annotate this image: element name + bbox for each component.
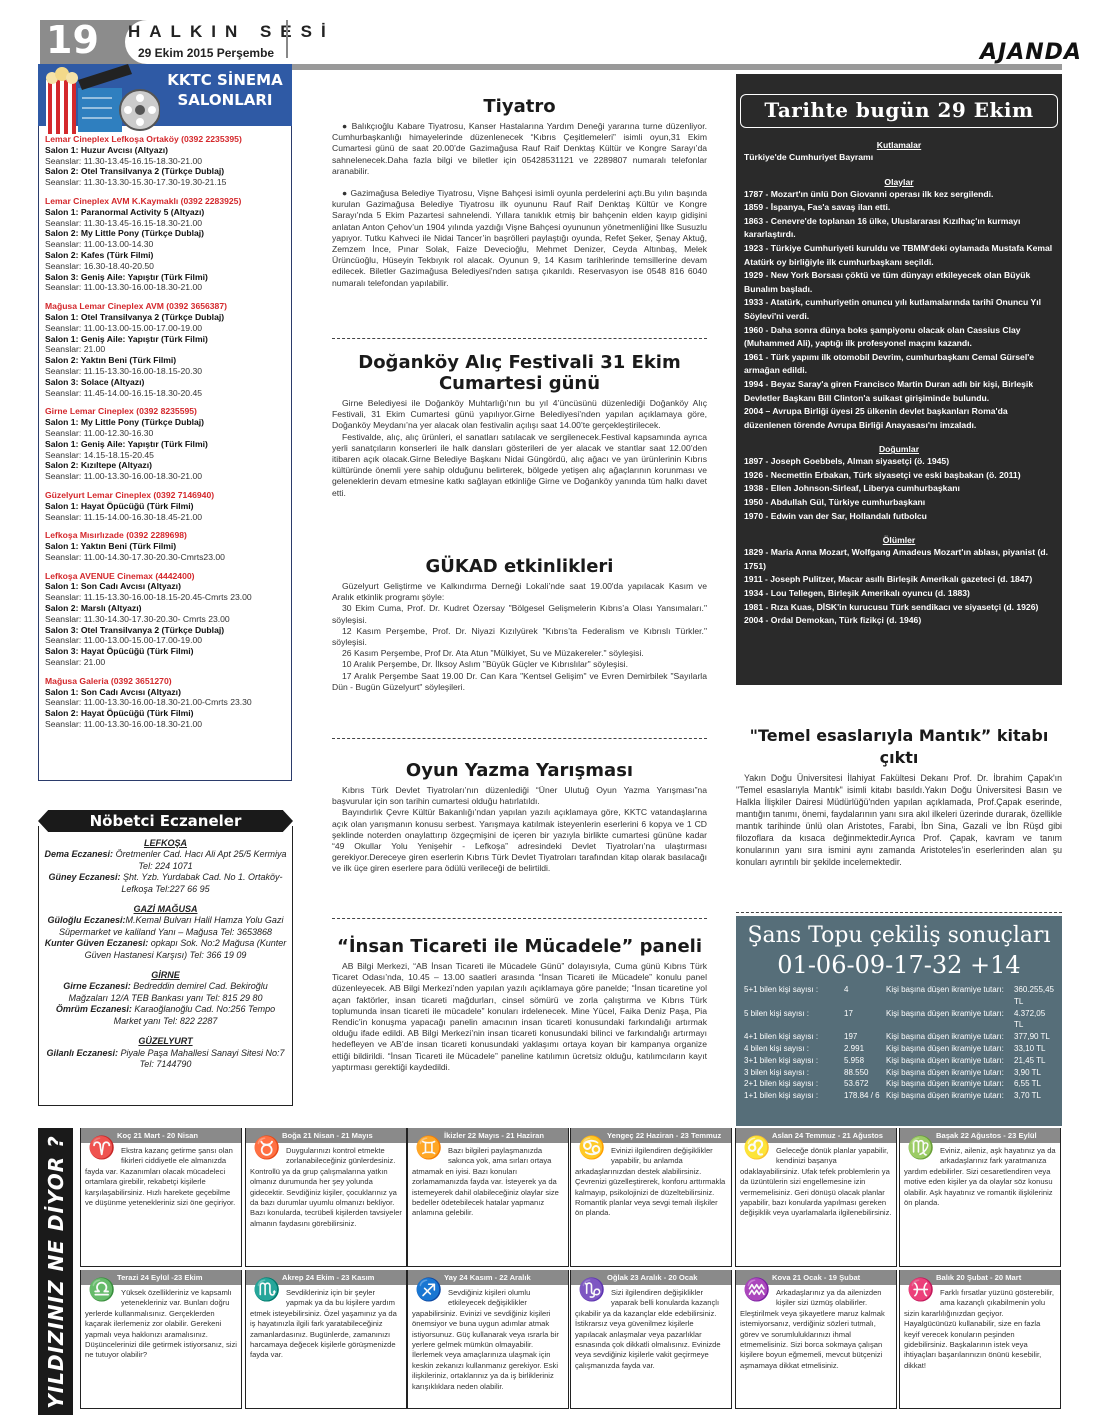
article-title: Doğanköy Alıç Festivali 31 Ekim Cumartes… [332, 352, 707, 394]
history-item: 2004 – Avrupa Birliği üyesi 25 ülkenin d… [744, 405, 1054, 432]
history-item: 1787 - Mozart'ın ünlü Don Giovanni opera… [744, 188, 1054, 202]
horoscope-text: ♈Ekstra kazanç getirme şansı olan fikirl… [81, 1143, 241, 1208]
history-top-band [736, 74, 1062, 90]
theater-name: Lemar Cineplex Lefkoşa Ortaköy (0392 223… [45, 134, 291, 145]
pharmacy-city: GİRNE [43, 970, 288, 981]
cinema-listings: Lemar Cineplex Lefkoşa Ortaköy (0392 223… [38, 126, 292, 781]
salon-film: Salon 1: Paranormal Activity 5 (Altyazı) [45, 207, 291, 218]
salon-times: Seanslar: 11.45-14.00-16.15-18.30-20.45 [45, 388, 291, 399]
horoscope-text: ♊Bazı bilgileri paylaşmanızda sakınca yo… [408, 1143, 568, 1219]
divider [332, 338, 707, 339]
pharmacy-name: Ömrüm Eczanesi: [56, 1004, 132, 1014]
pharmacy-entry: Gilanlı Eczanesi: Piyale Paşa Mahallesi … [43, 1048, 288, 1071]
lottery-desc: Kişi başına düşen ikramiye tutarı: [886, 1031, 1014, 1043]
salon-film: Salon 1: Yaktın Beni (Türk Filmi) [45, 541, 291, 552]
article-paragraph: Bayındırlık Çevre Kültür Bakanlığı’ndan … [332, 807, 707, 874]
taurus-icon: ♉ [252, 1134, 282, 1162]
pharmacy-detail: Piyale Paşa Mahallesi Sanayi Sitesi No:7… [118, 1048, 285, 1069]
lottery-prize: 377,90 TL [1014, 1031, 1054, 1043]
lottery-prize: 3,70 TL [1014, 1090, 1054, 1102]
article-title: GÜKAD etkinlikleri [332, 556, 707, 577]
pharmacy-name: Dema Eczanesi: [45, 849, 114, 859]
sagittarius-icon: ♐ [414, 1276, 444, 1304]
lottery-count: 88.550 [844, 1067, 886, 1079]
article-title: "Temel esaslarıyla Mantık” kitabı çıktı [736, 725, 1062, 769]
top-rule [290, 64, 1062, 70]
lottery-tier: 4+1 bilen kişi sayısı : [744, 1031, 844, 1043]
horoscope-text: ♎Yüksek özellikleriniz ve kapsamlı yeten… [81, 1285, 241, 1361]
pharmacy-entry: Güloğlu Eczanesi:M.Kemal Bulvarı Halil H… [43, 915, 288, 938]
article-paragraph: 12 Kasım Perşembe, Prof. Dr. Niyazi Kızı… [332, 626, 707, 648]
pharmacy-name: Güloğlu Eczanesi: [48, 915, 126, 925]
leo-icon: ♌ [742, 1134, 772, 1162]
pharmacy-name: Gilanlı Eczanesi: [46, 1048, 118, 1058]
salon-times: Seanslar: 11.00-12.30-16.30 [45, 428, 291, 439]
article-tiyatro: Tiyatro ● Balıkçıoğlu Kabare Tiyatrosu, … [332, 96, 707, 289]
pharmacy-name: Güney Eczanesi: [49, 872, 121, 882]
lottery-count: 4 [844, 984, 886, 1008]
lottery-desc: Kişi başına düşen ikramiye tutarı: [886, 1078, 1014, 1090]
lottery-desc: Kişi başına düşen ikramiye tutarı: [886, 1008, 1014, 1032]
history-item: Türkiye'de Cumhuriyet Bayramı [744, 151, 1054, 165]
lottery-tier: 5 bilen kişi sayısı : [744, 1008, 844, 1032]
popcorn-film-reel-icon [42, 58, 160, 134]
history-item: 1960 - Daha sonra dünya boks şampiyonu o… [744, 324, 1054, 351]
history-item: 1934 - Lou Tellegen, Birleşik Amerikalı … [744, 587, 1054, 601]
lottery-count: 17 [844, 1008, 886, 1032]
pharmacy-entry: Dema Eczanesi: Öretmenler Cad. Hacı Ali … [43, 849, 288, 872]
lottery-prize: 21,45 TL [1014, 1055, 1054, 1067]
horoscope-card: Akrep 24 Ekim - 23 Kasım♏Sevdikleriniz i… [245, 1270, 407, 1409]
article-mantik: "Temel esaslarıyla Mantık” kitabı çıktı … [736, 725, 1062, 868]
pharmacy-detail: Karaoğlanoğlu Cad. No:256 Tempo Market y… [114, 1004, 276, 1025]
history-item: 1961 - Türk yapımı ilk otomobil Devrim, … [744, 351, 1054, 378]
salon-times: Seanslar: 11.00-13.30-16.00-18.30-21.00 [45, 471, 291, 482]
salon-film: Salon 2: Hayat Öpücüğü (Türk Filmi) [45, 708, 291, 719]
history-item: 1994 - Beyaz Saray'a giren Francisco Mar… [744, 378, 1054, 405]
theater-name: Lefkoşa AVENUE Cinemax (4442400) [45, 571, 291, 582]
lottery-prize: 4.372,05 TL [1014, 1008, 1054, 1032]
lottery-results: Şans Topu çekiliş sonuçları 01-06-09-17-… [736, 916, 1062, 1126]
salon-times: Seanslar: 14.15-18.15-20.45 [45, 450, 291, 461]
pharmacy-detail: Öretmenler Cad. Hacı Ali Apt 25/5 Kermiy… [113, 849, 286, 870]
lottery-tier: 3+1 bilen kişi sayısı : [744, 1055, 844, 1067]
horoscope-card: Boğa 21 Nisan - 21 Mayıs♉Duygularınızı k… [245, 1128, 407, 1267]
history-item: 1897 - Joseph Goebbels, Alman siyasetçi … [744, 455, 1054, 469]
pharmacy-name: Girne Eczanesi: [63, 981, 131, 991]
cinema-title-line2: SALONLARI [160, 90, 290, 110]
lottery-tier: 5+1 bilen kişi sayısı : [744, 984, 844, 1008]
divider [736, 912, 1062, 913]
lottery-desc: Kişi başına düşen ikramiye tutarı: [886, 1055, 1014, 1067]
salon-film: Salon 2: Marslı (Altyazı) [45, 603, 291, 614]
horoscope-card: Başak 22 Ağustos - 23 Eylül♍Eviniz, aile… [899, 1128, 1061, 1267]
article-paragraph: ● Gazimağusa Belediye Tiyatrosu, Vişne B… [332, 188, 707, 289]
horoscope-card: Kova 21 Ocak - 19 Şubat♒Arkadaşlarınız y… [735, 1270, 897, 1409]
salon-film: Salon 1: Hayat Öpücüğü (Türk Filmi) [45, 501, 291, 512]
page-number: 19 [46, 18, 99, 62]
article-paragraph: Yakın Doğu Üniversitesi İlahiyat Fakülte… [736, 772, 1062, 868]
lottery-prize: 3,90 TL [1014, 1067, 1054, 1079]
pharmacy-entry: Girne Eczanesi: Bedreddin demirel Cad. B… [43, 981, 288, 1004]
history-item: 1859 - İspanya, Fas'a savaş ilan etti. [744, 201, 1054, 215]
horoscope-card: Balık 20 Şubat - 20 Mart♓Farklı fırsatla… [899, 1270, 1061, 1409]
pharmacy-detail: Şht. Yzb. Yurdabak Cad. No 1. Ortaköy-Le… [121, 872, 283, 893]
salon-film: Salon 3: Solace (Altyazı) [45, 377, 291, 388]
salon-film: Salon 2: Kızıltepe (Altyazı) [45, 460, 291, 471]
salon-film: Salon 1: Geniş Aile: Yapıştır (Türk Film… [45, 439, 291, 450]
lottery-tier: 2+1 bilen kişi sayısı : [744, 1078, 844, 1090]
salon-times: Seanslar: 11.00-13.00-15.00-17.00-19.00 [45, 323, 291, 334]
history-title: Tarihte bugün 29 Ekim [740, 94, 1058, 128]
salon-film: Salon 1: Son Cadı Avcısı (Altyazı) [45, 581, 291, 592]
lottery-count: 2.991 [844, 1043, 886, 1055]
cinema-title-line1: KKTC SİNEMA [160, 70, 290, 90]
history-item: 1950 - Abdullah Gül, Türkiye cumhurbaşka… [744, 496, 1054, 510]
article-paragraph: ● Balıkçıoğlu Kabare Tiyatrosu, Kanser H… [332, 121, 707, 177]
article-insan-ticareti: “İnsan Ticareti ile Mücadele” paneli AB … [332, 936, 707, 1073]
lottery-row: 3+1 bilen kişi sayısı :5.958Kişi başına … [744, 1055, 1054, 1067]
lottery-prize: 33,10 TL [1014, 1043, 1054, 1055]
article-paragraph: 30 Ekim Cuma, Prof. Dr. Kudret Özersay "… [332, 603, 707, 625]
horoscope-text: ♋Evinizi ilgilendiren değişiklikler yapa… [571, 1143, 731, 1219]
pisces-icon: ♓ [906, 1276, 936, 1304]
salon-times: Seanslar: 11.30-13.45-16.15-18.30-21.00 [45, 218, 291, 229]
salon-film: Salon 1: Huzur Avcısı (Altyazı) [45, 145, 291, 156]
lottery-prize: 6,55 TL [1014, 1078, 1054, 1090]
lottery-tier: 3 bilen kişi sayısı : [744, 1067, 844, 1079]
horoscope-text: ♍Eviniz, aileniz, aşk hayatınız ya da ar… [900, 1143, 1060, 1208]
pharmacy-listings: LEFKOŞADema Eczanesi: Öretmenler Cad. Ha… [38, 826, 293, 1106]
lottery-title: Şans Topu çekiliş sonuçları [744, 922, 1054, 950]
salon-film: Salon 2: My Little Pony (Türkçe Dublaj) [45, 228, 291, 239]
lottery-row: 1+1 bilen kişi sayısı :178.84 / 6Kişi ba… [744, 1090, 1054, 1102]
history-item: 1911 - Joseph Pulitzer, Macar asıllı Bir… [744, 573, 1054, 587]
salon-times: Seanslar: 16.30-18.40-20.50 [45, 261, 291, 272]
history-item: 1863 - Cenevre'de toplanan 16 ülke, Ulus… [744, 215, 1054, 242]
history-item: 1929 - New York Borsası çöktü ve tüm dün… [744, 269, 1054, 296]
horoscope-text: ♑Sizi ilgilendiren değişiklikler yaparak… [571, 1285, 731, 1371]
lottery-count: 197 [844, 1031, 886, 1043]
horoscope-card: Aslan 24 Temmuz - 21 Ağustos♌Geleceğe dö… [735, 1128, 897, 1267]
salon-film: Salon 2: Yaktın Beni (Türk Filmi) [45, 355, 291, 366]
salon-film: Salon 2: Kafes (Türk Filmi) [45, 250, 291, 261]
salon-times: Seanslar: 11.30-13.30-15.30-17.30-19.30-… [45, 177, 291, 188]
lottery-row: 5+1 bilen kişi sayısı :4Kişi başına düşe… [744, 984, 1054, 1008]
lottery-desc: Kişi başına düşen ikramiye tutarı: [886, 984, 1014, 1008]
horoscope-side-label: YILDIZINIZ NE DİYOR ? [44, 1135, 68, 1408]
lottery-count: 178.84 / 6 [844, 1090, 886, 1102]
lottery-tier: 4 bilen kişi sayısı : [744, 1043, 844, 1055]
history-box: Tarihte bugün 29 Ekim KutlamalarTürkiye'… [736, 90, 1062, 685]
horoscope-card: Yay 24 Kasım - 22 Aralık♐Sevdiğiniz kişi… [407, 1270, 569, 1409]
article-title: Tiyatro [332, 96, 707, 117]
pharmacy-entry: Ömrüm Eczanesi: Karaoğlanoğlu Cad. No:25… [43, 1004, 288, 1027]
history-item: 1981 - Rıza Kuas, DİSK'in kurucusu Türk … [744, 601, 1054, 615]
horoscope-side-title: YILDIZINIZ NE DİYOR ? [38, 1128, 73, 1415]
salon-film: Salon 3: Otel Transilvanya 2 (Türkçe Dub… [45, 625, 291, 636]
gemini-icon: ♊ [414, 1134, 444, 1162]
history-section-heading: Ölümler [744, 535, 1054, 546]
section-title: AJANDA [980, 40, 1082, 65]
header-divider [286, 20, 288, 58]
article-paragraph: 26 Kasım Perşembe, Prof Dr. Ata Atun "Mü… [332, 648, 707, 659]
history-section-heading: Kutlamalar [744, 140, 1054, 151]
horoscope-text: ♓Farklı fırsatlar yüzünü gösterebilir, a… [900, 1285, 1060, 1371]
pharmacy-city: GÜZELYURT [43, 1036, 288, 1047]
lottery-desc: Kişi başına düşen ikramiye tutarı: [886, 1043, 1014, 1055]
divider [332, 738, 707, 739]
salon-film: Salon 3: Geniş Aile: Yapıştır (Türk Film… [45, 272, 291, 283]
salon-times: Seanslar: 11.15-13.30-16.00-18.15-20.30 [45, 366, 291, 377]
horoscope-card: Terazi 24 Eylül -23 Ekim♎Yüksek özellikl… [80, 1270, 242, 1409]
history-section-heading: Olaylar [744, 177, 1054, 188]
article-paragraph: Güzelyurt Geliştirme ve Kalkındırma Dern… [332, 581, 707, 603]
lottery-numbers: 01-06-09-17-32 +14 [744, 950, 1054, 980]
lottery-row: 4+1 bilen kişi sayısı :197Kişi başına dü… [744, 1031, 1054, 1043]
lottery-count: 53.672 [844, 1078, 886, 1090]
history-section-heading: Doğumlar [744, 444, 1054, 455]
salon-film: Salon 2: Otel Transilvanya 2 (Türkçe Dub… [45, 166, 291, 177]
salon-times: Seanslar: 11.30-13.45-16.15-18.30-21.00 [45, 156, 291, 167]
history-item: 1829 - Maria Anna Mozart, Wolfgang Amade… [744, 546, 1054, 573]
salon-times: Seanslar: 11.30-14.30-17.30-20.30- Cmrts… [45, 614, 291, 625]
horoscope-card: Koç 21 Mart - 20 Nisan♈Ekstra kazanç get… [80, 1128, 242, 1267]
salon-film: Salon 3: Hayat Öpücüğü (Türk Filmi) [45, 646, 291, 657]
salon-times: Seanslar: 21.00 [45, 657, 291, 668]
article-paragraph: Kıbrıs Türk Devlet Tiyatroları’nın düzen… [332, 785, 707, 807]
lottery-row: 4 bilen kişi sayısı :2.991Kişi başına dü… [744, 1043, 1054, 1055]
theater-name: Girne Lemar Cineplex (0392 8235595) [45, 406, 291, 417]
aquarius-icon: ♒ [742, 1276, 772, 1304]
article-title: “İnsan Ticareti ile Mücadele” paneli [332, 936, 707, 957]
virgo-icon: ♍ [906, 1134, 936, 1162]
cancer-icon: ♋ [577, 1134, 607, 1162]
salon-times: Seanslar: 11.15-14.00-16.30-18.45-21.00 [45, 512, 291, 523]
salon-times: Seanslar: 11.15-13.30-16.00-18.15-20.45-… [45, 592, 291, 603]
theater-name: Lefkoşa Mısırlızade (0392 2289698) [45, 530, 291, 541]
lottery-row: 2+1 bilen kişi sayısı :53.672Kişi başına… [744, 1078, 1054, 1090]
history-item: 1933 - Atatürk, cumhuriyetin onuncu yılı… [744, 296, 1054, 323]
divider [332, 918, 707, 919]
article-paragraph: 17 Aralık Perşembe Saat 19.00 Dr. Can Ka… [332, 671, 707, 693]
lottery-row: 5 bilen kişi sayısı :17Kişi başına düşen… [744, 1008, 1054, 1032]
article-paragraph: AB Bilgi Merkezi, “AB İnsan Ticareti ile… [332, 961, 707, 1073]
article-oyun-yazma: Oyun Yazma Yarışması Kıbrıs Türk Devlet … [332, 760, 707, 875]
history-item: 1938 - Ellen Johnson-Sirleaf, Liberya cu… [744, 482, 1054, 496]
horoscope-text: ♉Duygularınızı kontrol etmekte zorlanabi… [246, 1143, 406, 1229]
salon-times: Seanslar: 11.00-13.30-16.00-18.30-21.00-… [45, 697, 291, 708]
theater-name: Güzelyurt Lemar Cineplex (0392 7146940) [45, 490, 291, 501]
article-paragraph: 10 Aralık Perşembe, Dr. İlksoy Aslım "Bü… [332, 659, 707, 670]
lottery-desc: Kişi başına düşen ikramiye tutarı: [886, 1090, 1014, 1102]
lottery-row: 3 bilen kişi sayısı :88.550Kişi başına d… [744, 1067, 1054, 1079]
history-item: 1923 - Türkiye Cumhuriyeti kuruldu ve TB… [744, 242, 1054, 269]
pharmacy-entry: Kunter Güven Eczanesi: opkapı Sok. No:2 … [43, 938, 288, 961]
pharmacy-city: LEFKOŞA [43, 838, 288, 849]
pharmacy-city: GAZİ MAĞUSA [43, 904, 288, 915]
horoscope-card: Oğlak 23 Aralık - 20 Ocak♑Sizi ilgilendi… [570, 1270, 732, 1409]
theater-name: Lemar Cineplex AVM K.Kaymaklı (0392 2283… [45, 196, 291, 207]
lottery-count: 5.958 [844, 1055, 886, 1067]
horoscope-text: ♏Sevdikleriniz için bir şeyler yapmak ya… [246, 1285, 406, 1361]
horoscope-text: ♌Geleceğe dönük planlar yapabilir, kendi… [736, 1143, 896, 1219]
pharmacy-entry: Güney Eczanesi: Şht. Yzb. Yurdabak Cad. … [43, 872, 288, 895]
horoscope-text: ♐Sevdiğiniz kişileri olumlu etkileyecek … [408, 1285, 568, 1392]
salon-times: Seanslar: 11.00-13.00-15.00-17.00-19.00 [45, 635, 291, 646]
pharmacy-name: Kunter Güven Eczanesi: [45, 938, 149, 948]
salon-film: Salon 1: My Little Pony (Türkçe Dublaj) [45, 417, 291, 428]
lottery-desc: Kişi başına düşen ikramiye tutarı: [886, 1067, 1014, 1079]
theater-name: Mağusa Galeria (0392 3651270) [45, 676, 291, 687]
scorpio-icon: ♏ [252, 1276, 282, 1304]
capricorn-icon: ♑ [577, 1276, 607, 1304]
salon-film: Salon 1: Son Cadı Avcısı (Altyazı) [45, 687, 291, 698]
salon-times: Seanslar: 21.00 [45, 344, 291, 355]
cinema-title: KKTC SİNEMA SALONLARI [160, 70, 290, 110]
lottery-tier: 1+1 bilen kişi sayısı : [744, 1090, 844, 1102]
salon-times: Seanslar: 11.00-14.30-17.30-20.30-Cmrts2… [45, 552, 291, 563]
article-paragraph: Girne Belediyesi ile Doğanköy Muhtarlığı… [332, 398, 707, 432]
salon-times: Seanslar: 11.00-13.30-16.00-18.30-21.00 [45, 282, 291, 293]
horoscope-text: ♒Arkadaşlarınız ya da ailenizden kişiler… [736, 1285, 896, 1371]
salon-film: Salon 1: Geniş Aile: Yapıştır (Türk Film… [45, 334, 291, 345]
aries-icon: ♈ [87, 1134, 117, 1162]
horoscope-card: Yengeç 22 Haziran - 23 Temmuz♋Evinizi il… [570, 1128, 732, 1267]
history-item: 2004 - Ordal Demokan, Türk fizikçi (d. 1… [744, 614, 1054, 628]
history-item: 1970 - Edwin van der Sar, Hollandalı fut… [744, 510, 1054, 524]
article-dogankoy: Doğanköy Alıç Festivali 31 Ekim Cumartes… [332, 352, 707, 499]
theater-name: Mağusa Lemar Cineplex AVM (0392 3656387) [45, 301, 291, 312]
article-gukad: GÜKAD etkinlikleri Güzelyurt Geliştirme … [332, 556, 707, 693]
salon-film: Salon 1: Otel Transilvanya 2 (Türkçe Dub… [45, 312, 291, 323]
salon-times: Seanslar: 11.00-13.30-16.00-18.30-21.00 [45, 719, 291, 730]
article-paragraph: Festivalde, alıç, alıç ürünleri, el sana… [332, 432, 707, 499]
salon-times: Seanslar: 11.00-13.00-14.30 [45, 239, 291, 250]
libra-icon: ♎ [87, 1276, 117, 1304]
newspaper-brand: HALKIN SESİ [128, 22, 335, 42]
lottery-prize: 360.255,45 TL [1014, 984, 1054, 1008]
history-item: 1926 - Necmettin Erbakan, Türk siyasetçi… [744, 469, 1054, 483]
horoscope-card: İkizler 22 Mayıs - 21 Haziran♊Bazı bilgi… [407, 1128, 569, 1267]
article-title: Oyun Yazma Yarışması [332, 760, 707, 781]
